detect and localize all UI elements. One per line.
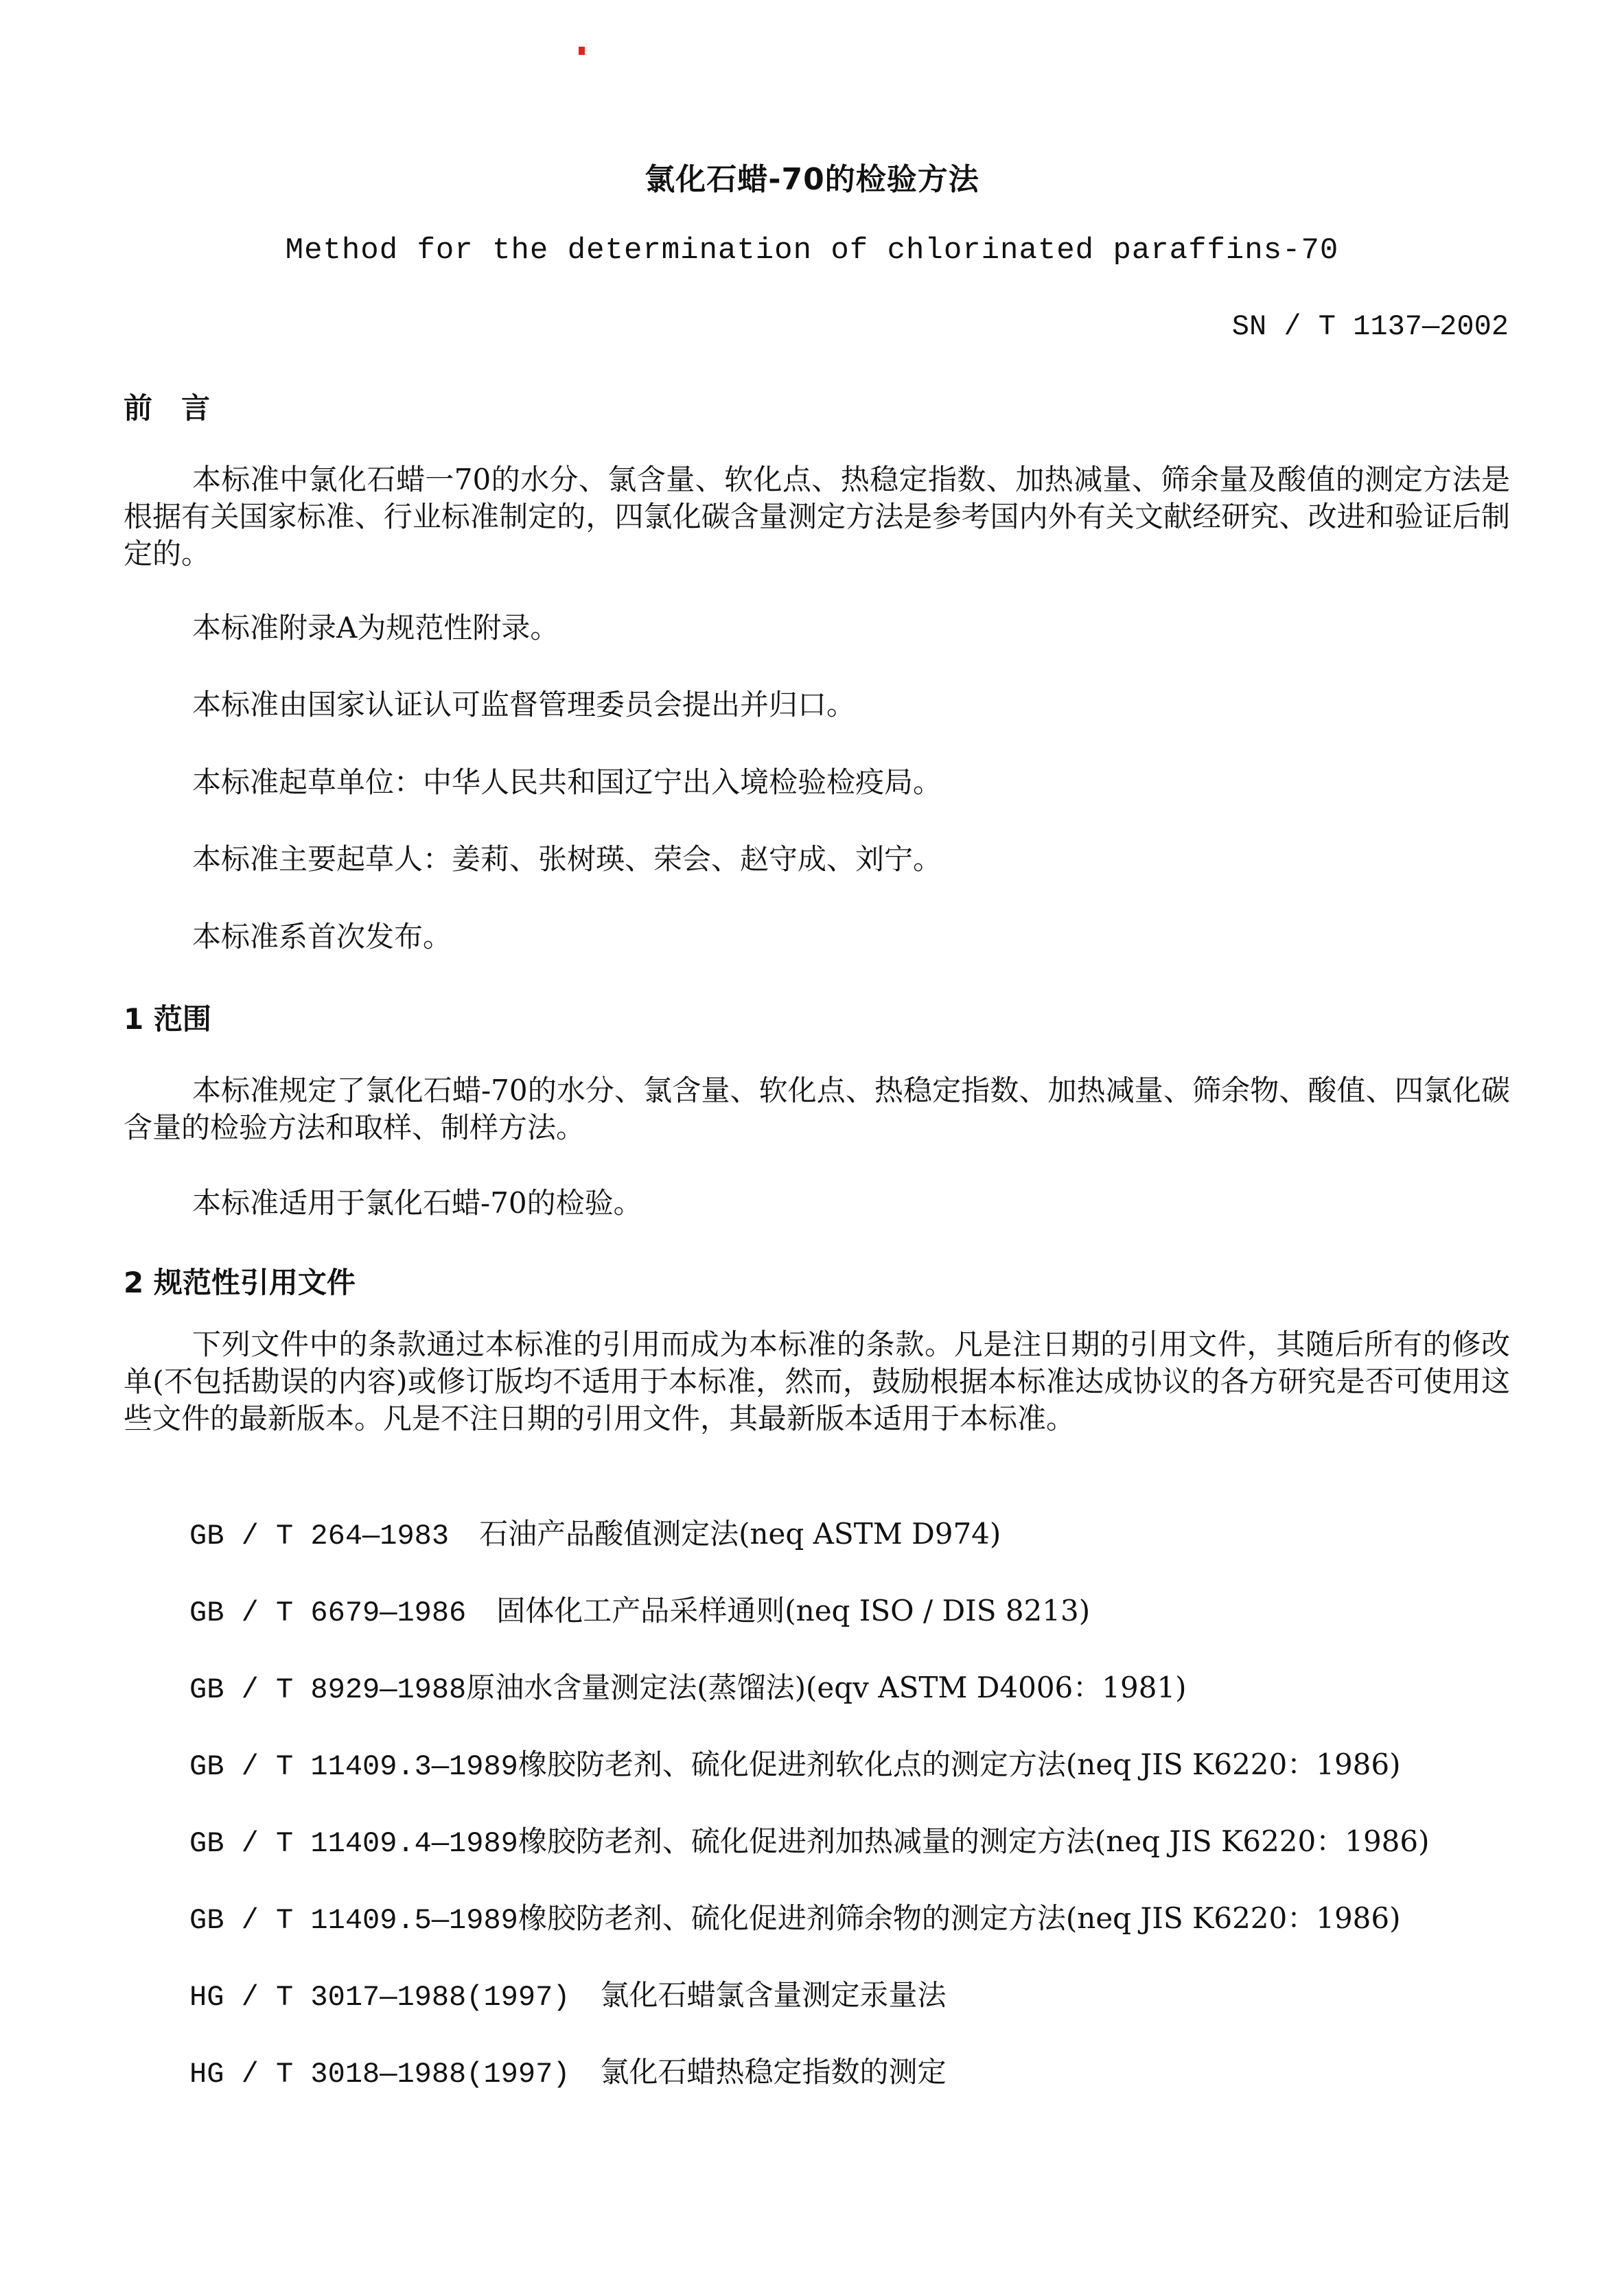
reference-title: 石油产品酸值测定法(neq ASTM D974) (479, 1517, 1001, 1551)
foreword-paragraph-5: 本标准主要起草人：姜莉、张树瑛、荣会、赵守成、刘宁。 (124, 841, 1510, 878)
reference-code: GB / T 11409.3—1989 (189, 1750, 518, 1783)
reference-code: GB / T 11409.5—1989 (189, 1904, 518, 1937)
foreword-paragraph-2: 本标准附录A为规范性附录。 (124, 610, 1510, 647)
foreword-heading: 前 言 (124, 386, 210, 427)
red-scan-mark (579, 47, 585, 55)
reference-item: GB / T 264—1983石油产品酸值测定法(neq ASTM D974) (189, 1516, 1001, 1555)
standard-code: SN / T 1137—2002 (1232, 310, 1509, 343)
reference-title: 橡胶防老剂、硫化促进剂筛余物的测定方法(neq JIS K6220：1986) (518, 1901, 1401, 1935)
reference-item: HG / T 3017—1988(1997)氯化石蜡氯含量测定汞量法 (189, 1977, 947, 2016)
document-title: 氯化石蜡-70的检验方法 (0, 154, 1624, 198)
reference-item: GB / T 11409.3—1989橡胶防老剂、硫化促进剂软化点的测定方法(n… (189, 1746, 1401, 1785)
reference-code: GB / T 11409.4—1989 (189, 1827, 518, 1860)
reference-code: GB / T 6679—1986 (189, 1597, 466, 1630)
foreword-paragraph-4: 本标准起草单位：中华人民共和国辽宁出入境检验检疫局。 (124, 764, 1510, 801)
reference-title: 橡胶防老剂、硫化促进剂软化点的测定方法(neq JIS K6220：1986) (518, 1748, 1401, 1781)
section-1-paragraph-2: 本标准适用于氯化石蜡-70的检验。 (124, 1185, 1510, 1222)
reference-title: 氯化石蜡氯含量测定汞量法 (601, 1978, 947, 2012)
section-1-paragraph-1: 本标准规定了氯化石蜡-70的水分、氯含量、软化点、热稳定指数、加热减量、筛余物、… (124, 1072, 1510, 1146)
foreword-paragraph-3: 本标准由国家认证认可监督管理委员会提出并归口。 (124, 686, 1510, 723)
document-subtitle-english: Method for the determination of chlorina… (0, 233, 1624, 268)
foreword-paragraph-6: 本标准系首次发布。 (124, 918, 1510, 955)
section-2-heading: 2 规范性引用文件 (124, 1260, 356, 1301)
reference-title: 固体化工产品采样通则(neq ISO / DIS 8213) (496, 1594, 1090, 1627)
section-2-paragraph: 下列文件中的条款通过本标准的引用而成为本标准的条款。凡是注日期的引用文件，其随后… (124, 1326, 1510, 1437)
reference-title: 氯化石蜡热稳定指数的测定 (601, 2055, 947, 2089)
foreword-paragraph-1: 本标准中氯化石蜡一70的水分、氯含量、软化点、热稳定指数、加热减量、筛余量及酸值… (124, 461, 1510, 572)
reference-code: GB / T 264—1983 (189, 1520, 449, 1553)
reference-item: GB / T 11409.5—1989橡胶防老剂、硫化促进剂筛余物的测定方法(n… (189, 1900, 1401, 1939)
reference-code: HG / T 3017—1988(1997) (189, 1981, 570, 2014)
section-1-heading: 1 范围 (124, 997, 211, 1038)
reference-item: GB / T 11409.4—1989橡胶防老剂、硫化促进剂加热减量的测定方法(… (189, 1823, 1430, 1862)
reference-item: HG / T 3018—1988(1997)氯化石蜡热稳定指数的测定 (189, 2054, 947, 2093)
reference-title: 橡胶防老剂、硫化促进剂加热减量的测定方法(neq JIS K6220：1986) (518, 1824, 1430, 1858)
reference-item: GB / T 8929—1988原油水含量测定法(蒸馏法)(eqv ASTM D… (189, 1669, 1187, 1708)
reference-title: 原油水含量测定法(蒸馏法)(eqv ASTM D4006：1981) (466, 1671, 1186, 1704)
reference-code: GB / T 8929—1988 (189, 1673, 466, 1706)
reference-code: HG / T 3018—1988(1997) (189, 2058, 570, 2091)
reference-item: GB / T 6679—1986固体化工产品采样通则(neq ISO / DIS… (189, 1592, 1090, 1632)
